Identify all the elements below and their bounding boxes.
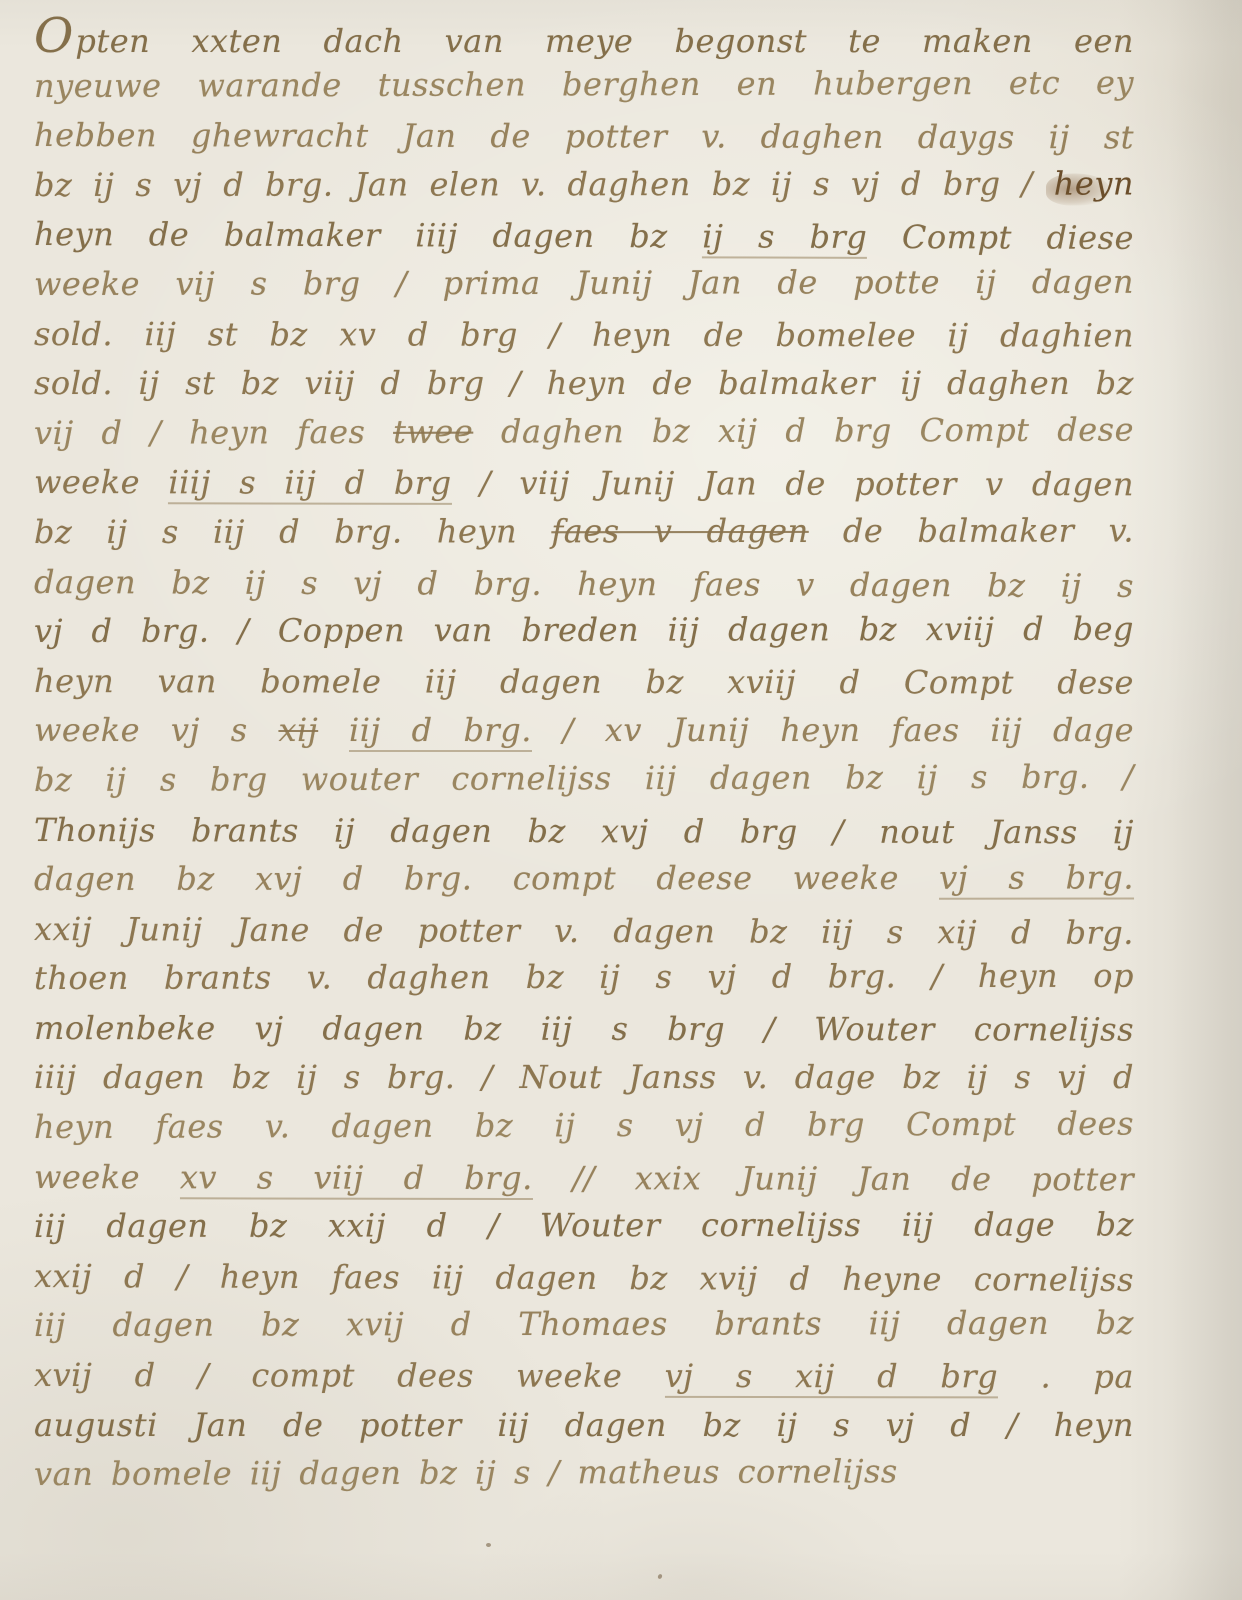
text-segment: iij dagen bz xxij d / Wouter cornelijss … xyxy=(34,1206,1134,1246)
underlined-sum: xv s viij d brg. xyxy=(180,1158,533,1200)
manuscript-text-block: Opten xxten dach van meye begonst te mak… xyxy=(34,12,1134,1500)
text-segment: dagen bz ij s vj d brg. heyn faes v dage… xyxy=(34,563,1134,605)
manuscript-line-16: bz ij s brg wouter cornelijss iij dagen … xyxy=(34,752,1134,805)
manuscript-line-4: bz ij s vj d brg. Jan elen v. daghen bz … xyxy=(34,159,1134,210)
underlined-sum: ij s brg xyxy=(702,218,867,260)
text-segment: weeke xyxy=(34,1158,180,1196)
manuscript-line-7: sold. iij st bz xv d brg / heyn de bomel… xyxy=(34,310,1134,361)
ink-blot-word: heyn xyxy=(1054,164,1134,202)
text-segment: vij d / heyn faes xyxy=(34,413,393,452)
manuscript-line-30: van bomele iij dagen bz ij s / matheus c… xyxy=(34,1447,974,1500)
text-segment: / xv Junij heyn faes iij dage xyxy=(532,711,1134,749)
text-segment: weeke vij s brg / prima Junij Jan de pot… xyxy=(34,263,1134,303)
manuscript-line-19: xxij Junij Jane de potter v. dagen bz ii… xyxy=(34,905,1134,958)
manuscript-line-6: weeke vij s brg / prima Junij Jan de pot… xyxy=(34,258,1134,310)
manuscript-line-26: xxij d / heyn faes iij dagen bz xvij d h… xyxy=(34,1252,1134,1305)
manuscript-line-25: iij dagen bz xxij d / Wouter cornelijss … xyxy=(34,1201,1134,1252)
text-segment: Thonijs brants ij dagen bz xvj d brg / n… xyxy=(34,811,1134,851)
underlined-sum: iij d brg. xyxy=(349,711,532,752)
manuscript-line-24: weeke xv s viij d brg. // xxix Junij Jan… xyxy=(34,1153,1134,1205)
text-segment: molenbeke vj dagen bz iij s brg / Wouter… xyxy=(34,1009,1134,1049)
manuscript-page: Opten xxten dach van meye begonst te mak… xyxy=(0,0,1242,1600)
manuscript-line-28: xvij d / compt dees weeke vj s xij d brg… xyxy=(34,1351,1134,1402)
manuscript-line-17: Thonijs brants ij dagen bz xvj d brg / n… xyxy=(34,806,1134,858)
text-segment: nyeuwe warande tusschen berghen en huber… xyxy=(34,63,1134,104)
text-segment xyxy=(318,711,349,749)
text-segment: heyn de balmaker iiij dagen bz xyxy=(34,215,702,255)
struck-text: faes v dagen xyxy=(551,512,808,550)
text-segment: weeke vj s xyxy=(34,711,278,749)
text-segment: van bomele iij dagen bz ij s / matheus c… xyxy=(34,1453,898,1494)
underlined-sum: vj s xij d brg xyxy=(665,1357,999,1398)
manuscript-line-23: heyn faes v. dagen bz ij s vj d brg Comp… xyxy=(34,1100,1134,1153)
text-segment: xvij d / compt dees weeke xyxy=(34,1356,665,1395)
manuscript-line-11: bz ij s iij d brg. heyn faes v dagen de … xyxy=(34,506,1134,557)
underlined-sum: iiij s iij d brg xyxy=(168,464,451,506)
manuscript-line-12: dagen bz ij s vj d brg. heyn faes v dage… xyxy=(34,558,1134,611)
manuscript-line-21: molenbeke vj dagen bz iij s brg / Wouter… xyxy=(34,1004,1134,1055)
manuscript-line-22: iiij dagen bz ij s brg. / Nout Janss v. … xyxy=(34,1053,1134,1103)
text-segment: bz ij s iij d brg. heyn xyxy=(34,512,551,551)
text-segment: dagen bz xvj d brg. compt deese weeke xyxy=(34,859,939,898)
text-segment: xxij d / heyn faes iij dagen bz xvij d h… xyxy=(34,1257,1134,1299)
manuscript-line-8: sold. ij st bz viij d brg / heyn de balm… xyxy=(34,359,1134,409)
manuscript-line-27: iij dagen bz xvij d Thomaes brants iij d… xyxy=(34,1299,1134,1351)
manuscript-line-10: weeke iiij s iij d brg / viij Junij Jan … xyxy=(34,458,1134,510)
manuscript-line-20: thoen brants v. daghen bz ij s vj d brg.… xyxy=(34,952,1134,1004)
text-segment: heyn van bomele iij dagen bz xviij d Com… xyxy=(34,662,1134,702)
ink-speck xyxy=(486,1543,491,1547)
text-segment: vj d brg. / Coppen van breden iij dagen … xyxy=(34,610,1134,650)
text-segment: . pa xyxy=(998,1357,1134,1395)
text-segment: / viij Junij Jan de potter v dagen xyxy=(452,464,1134,503)
manuscript-line-9: vij d / heyn faes twee daghen bz xij d b… xyxy=(34,405,1134,458)
manuscript-line-13: vj d brg. / Coppen van breden iij dagen … xyxy=(34,605,1134,657)
text-segment: iiij dagen bz ij s brg. / Nout Janss v. … xyxy=(34,1058,1134,1096)
text-segment: sold. iij st bz xv d brg / heyn de bomel… xyxy=(34,315,1134,355)
underlined-sum: vj s brg. xyxy=(939,859,1134,900)
text-segment: xxij Junij Jane de potter v. dagen bz ii… xyxy=(34,910,1134,952)
text-segment: Opten xxten dach van meye begonst te mak… xyxy=(34,22,1134,60)
text-segment: // xxix Junij Jan de potter xyxy=(533,1159,1134,1198)
text-segment: daghen bz xij d brg Compt dese xyxy=(473,410,1134,450)
text-segment: Compt diese xyxy=(867,218,1134,257)
ink-speck xyxy=(657,1573,663,1579)
text-segment: augusti Jan de potter iij dagen bz ij s … xyxy=(34,1406,1134,1444)
manuscript-line-3: hebben ghewracht Jan de potter v. daghen… xyxy=(34,111,1134,163)
manuscript-line-5: heyn de balmaker iiij dagen bz ij s brg … xyxy=(34,210,1134,263)
manuscript-line-18: dagen bz xvj d brg. compt deese weeke vj… xyxy=(34,854,1134,905)
text-segment: bz ij s vj d brg. Jan elen v. daghen bz … xyxy=(34,164,1054,203)
manuscript-line-15: weeke vj s xij iij d brg. / xv Junij hey… xyxy=(34,706,1134,756)
text-segment: heyn faes v. dagen bz ij s vj d brg Comp… xyxy=(34,1105,1134,1146)
struck-text: twee xyxy=(393,412,473,450)
manuscript-line-29: augusti Jan de potter iij dagen bz ij s … xyxy=(34,1401,1134,1451)
manuscript-line-1: Opten xxten dach van meye begonst te mak… xyxy=(34,12,1134,62)
struck-text: xij xyxy=(278,711,318,749)
text-segment: thoen brants v. daghen bz ij s vj d brg.… xyxy=(34,957,1134,997)
text-segment: hebben ghewracht Jan de potter v. daghen… xyxy=(34,116,1134,156)
text-segment: iij dagen bz xvij d Thomaes brants iij d… xyxy=(34,1304,1134,1344)
text-segment: weeke xyxy=(34,463,168,501)
text-segment: de balmaker v. xyxy=(809,511,1134,549)
text-segment: sold. ij st bz viij d brg / heyn de balm… xyxy=(34,364,1134,402)
manuscript-line-2: nyeuwe warande tusschen berghen en huber… xyxy=(34,58,1134,111)
manuscript-line-14: heyn van bomele iij dagen bz xviij d Com… xyxy=(34,657,1134,708)
text-segment: bz ij s brg wouter cornelijss iij dagen … xyxy=(34,757,1134,798)
